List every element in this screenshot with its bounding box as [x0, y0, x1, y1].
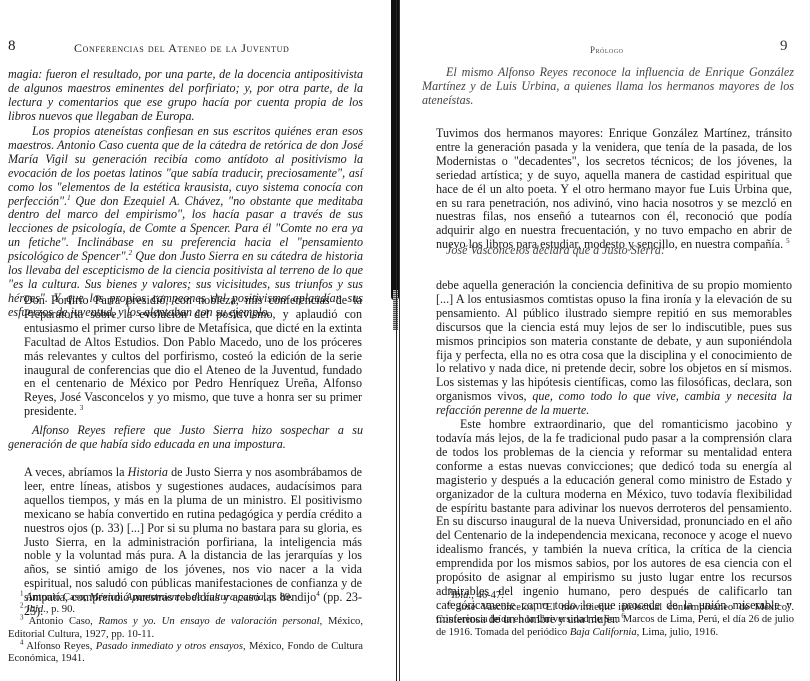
book-title: Baja California [570, 627, 637, 638]
book-title: Ramos y yo. Un ensayo de valoración pers… [98, 616, 319, 627]
quote-text: Tuvimos dos hermanos mayores: Enrique Go… [436, 127, 792, 252]
footnote-4: 4 Alfonso Reyes, Pasado inmediato y otro… [8, 641, 363, 665]
paragraph: Los propios ateneístas confiesan en sus … [8, 125, 363, 320]
text-run: , p. 90. [46, 604, 75, 615]
text-run: , p. 89. [264, 592, 293, 603]
paragraph-text: Los propios ateneístas confiesan en sus … [8, 125, 363, 320]
running-head: Conferencias del Ateneo de la Juventud [74, 41, 289, 56]
footnote-number: 4 [20, 638, 24, 646]
paragraph-text: El mismo Alfonso Reyes reconoce la influ… [422, 66, 794, 108]
quote-text: Don Porfirio Parra presidió, con nobleza… [24, 294, 362, 419]
book-title: México. Apuntamientos de cultura patria [89, 592, 263, 603]
text-run: debe aquella generación la conciencia de… [436, 278, 792, 403]
spine-edge [396, 0, 397, 681]
book-title: Historia [128, 465, 168, 479]
footnote-number: 2 [20, 602, 24, 610]
footnote-number: 1 [20, 589, 24, 597]
right-page: Prólogo 9 El mismo Alfonso Reyes reconoc… [400, 0, 810, 681]
text-run: de Justo Sierra y nos asombrábamos de le… [24, 465, 362, 604]
book-title: Ibid. [452, 590, 472, 601]
footnote-ref[interactable]: 3 [80, 404, 84, 412]
paragraph-text: magia: fueron el resultado, por una part… [8, 68, 363, 124]
text-run: Tuvimos dos hermanos mayores: Enrique Go… [436, 126, 792, 251]
text-run: Alfonso Reyes, [26, 641, 95, 652]
footnote-2: 2 Ibid., p. 90. [8, 604, 363, 616]
footnote-number: 3 [20, 614, 24, 622]
footnotes: 1 Antonio Caso, México. Apuntamientos de… [8, 592, 363, 665]
book-title: Ibid. [26, 604, 46, 615]
paragraph: Alfonso Reyes refiere que Justo Sierra h… [8, 424, 363, 452]
text-run: A veces, abríamos la [24, 465, 128, 479]
text-run: , Lima, julio, 1916. [637, 627, 719, 638]
paragraph: José Vasconcelos declara que a Justo Sie… [422, 244, 794, 258]
book-title: Pasado inmediato y otros ensayos [96, 641, 243, 652]
paragraph-text: Alfonso Reyes refiere que Justo Sierra h… [8, 424, 363, 452]
left-page: 8 Conferencias del Ateneo de la Juventud… [0, 0, 388, 681]
spine-shadow [391, 0, 399, 300]
paragraph: magia: fueron el resultado, por una part… [8, 68, 363, 124]
footnotes: 5Ibid., 46-47. 6 José Vasconcelos, "El m… [436, 590, 794, 639]
footnote-1: 1 Antonio Caso, México. Apuntamientos de… [8, 592, 363, 604]
page-number: 9 [780, 38, 788, 55]
paragraph: El mismo Alfonso Reyes reconoce la influ… [422, 66, 794, 108]
text-run: Antonio Caso, [26, 592, 90, 603]
paragraph-text: José Vasconcelos declara que a Justo Sie… [422, 244, 794, 258]
block-quote: Tuvimos dos hermanos mayores: Enrique Go… [436, 127, 792, 252]
footnote-6: 6 José Vasconcelos, "El movimiento intel… [436, 602, 794, 639]
running-head: Prólogo [590, 45, 624, 55]
quote-text: debe aquella generación la conciencia de… [436, 279, 792, 418]
text-run: Don Porfirio Parra presidió, con nobleza… [24, 293, 362, 418]
book-spine [393, 0, 399, 681]
block-quote: Don Porfirio Parra presidió, con nobleza… [24, 294, 362, 419]
text-run: , 46-47. [471, 590, 504, 601]
footnote-number: 6 [448, 600, 452, 608]
footnote-5: 5Ibid., 46-47. [436, 590, 794, 602]
page-number: 8 [8, 38, 16, 55]
block-quote: debe aquella generación la conciencia de… [436, 279, 792, 627]
footnote-3: 3 Antonio Caso, Ramos y yo. Un ensayo de… [8, 616, 363, 640]
text-run: Antonio Caso, [29, 616, 99, 627]
